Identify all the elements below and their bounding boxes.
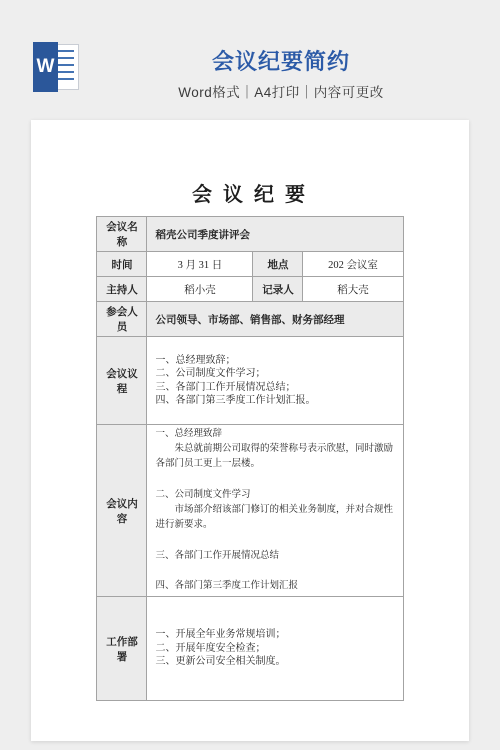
time-label: 时间 bbox=[97, 252, 147, 277]
meeting-name-value: 稻壳公司季度讲评会 bbox=[147, 217, 403, 252]
time-value: 3 月 31 日 bbox=[147, 252, 253, 277]
host-value: 稻小壳 bbox=[147, 277, 253, 302]
content-value: 一、总经理致辞 朱总就前期公司取得的荣誉称号表示欣慰，同时激励各部门员工更上一层… bbox=[147, 425, 403, 597]
host-label: 主持人 bbox=[97, 277, 147, 302]
content-label: 会议内容 bbox=[97, 425, 147, 597]
row-deployment: 工作部署 一、开展全年业务常规培训； 二、开展年度安全检查； 三、更新公司安全相… bbox=[97, 597, 403, 701]
preview-header: W 会议纪要简约 Word格式｜A4打印｜内容可更改 bbox=[0, 0, 500, 115]
row-host-recorder: 主持人 稻小壳 记录人 稻大壳 bbox=[97, 277, 403, 302]
place-label: 地点 bbox=[253, 252, 303, 277]
row-agenda: 会议议程 一、总经理致辞； 二、公司制度文件学习； 三、各部门工作开展情况总结；… bbox=[97, 337, 403, 425]
document-title: 会 议 纪 要 bbox=[31, 120, 469, 207]
row-time-place: 时间 3 月 31 日 地点 202 会议室 bbox=[97, 252, 403, 277]
row-content: 会议内容 一、总经理致辞 朱总就前期公司取得的荣誉称号表示欣慰，同时激励各部门员… bbox=[97, 425, 403, 597]
attendees-value: 公司领导、市场部、销售部、财务部经理 bbox=[147, 302, 403, 337]
agenda-label: 会议议程 bbox=[97, 337, 147, 425]
meeting-name-label: 会议名称 bbox=[97, 217, 147, 252]
row-attendees: 参会人员 公司领导、市场部、销售部、财务部经理 bbox=[97, 302, 403, 337]
deployment-value: 一、开展全年业务常规培训； 二、开展年度安全检查； 三、更新公司安全相关制度。 bbox=[147, 597, 403, 701]
recorder-value: 稻大壳 bbox=[303, 277, 403, 302]
attendees-label: 参会人员 bbox=[97, 302, 147, 337]
template-subtitle: Word格式｜A4打印｜内容可更改 bbox=[62, 81, 500, 101]
minutes-table: 会议名称 稻壳公司季度讲评会 时间 3 月 31 日 地点 202 会议室 主持… bbox=[96, 216, 403, 701]
row-meeting-name: 会议名称 稻壳公司季度讲评会 bbox=[97, 217, 403, 252]
template-title: 会议纪要简约 bbox=[62, 45, 500, 76]
place-value: 202 会议室 bbox=[303, 252, 403, 277]
recorder-label: 记录人 bbox=[253, 277, 303, 302]
word-icon-letter: W bbox=[33, 42, 58, 92]
document-page: 会 议 纪 要 会议名称 稻壳公司季度讲评会 时间 3 月 31 日 地点 20… bbox=[31, 120, 469, 741]
agenda-value: 一、总经理致辞； 二、公司制度文件学习； 三、各部门工作开展情况总结； 四、各部… bbox=[147, 337, 403, 425]
deployment-label: 工作部署 bbox=[97, 597, 147, 701]
